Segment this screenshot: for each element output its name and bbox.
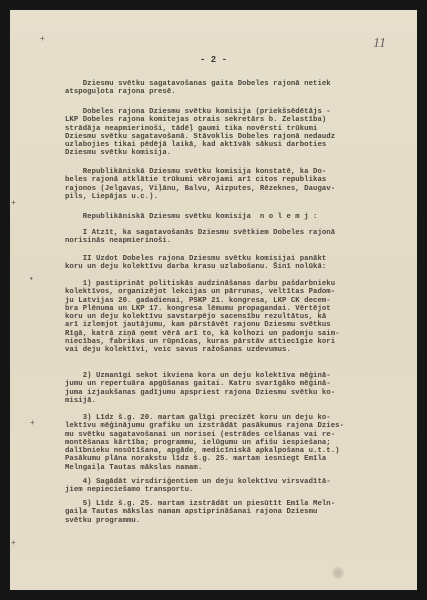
- text-line: niecības, fabrikas un rūpnīcas, kuras pā…: [65, 338, 385, 346]
- text-line: Dziesmu svētku sagatavošanā. Stāvoklis D…: [65, 133, 385, 141]
- text-line: vai deju kolektīvi, veic savus ražošanas…: [65, 346, 385, 354]
- text-line: norisinās neapmierinoši.: [65, 237, 385, 245]
- margin-punch-mark: +: [30, 418, 35, 427]
- text-line: koru un deju kolektīvu darba krasu uzlab…: [65, 263, 385, 271]
- text-line: I Atzīt, ka sagatavošanās Dziesmu svētki…: [65, 229, 385, 237]
- margin-punch-mark: +: [11, 198, 16, 207]
- text-line: lektīvu mēģinājumu grafiku un izstrādāt …: [65, 422, 385, 430]
- text-line: bra Plēnuma un LKP 17. kongresa lēmumu p…: [65, 305, 385, 313]
- page-number: - 2 -: [10, 55, 417, 65]
- paragraph-p9: 3) Līdz š.g. 20. martam galīgi precizēt …: [65, 414, 385, 472]
- paragraph-p7: 1) pastiprināt politiskās audzināšanas d…: [65, 280, 385, 355]
- text-line: 5) Līdz š.g. 25. martam izstrādāt un pie…: [65, 500, 385, 508]
- text-line: montēšanas kārtība; programmu, ielūgumu …: [65, 439, 385, 447]
- text-line: 4) Sagādāt virsdiriģentiem un deju kolek…: [65, 478, 385, 486]
- text-line: Rīgā, katrā ziņā ņemt vērā arī to, kā ko…: [65, 330, 385, 338]
- text-line: Republikāniskā Dziesmu svētku komisija k…: [65, 168, 385, 176]
- text-line: rajonos (Jelgavas, Viļānu, Balvu, Aizput…: [65, 185, 385, 193]
- margin-punch-mark: •: [30, 274, 33, 283]
- text-line: beles rajonā atklātie trūkumi vērojami a…: [65, 176, 385, 184]
- text-line: 1) pastiprināt politiskās audzināšanas d…: [65, 280, 385, 288]
- text-line: Pasākumu plāna norakstu līdz š.g. 25. ma…: [65, 455, 385, 463]
- paragraph-p6: II Uzdot Dobeles rajona Dziesmu svētku k…: [65, 255, 385, 272]
- text-line: Republikāniskā Dziesmu svētku komisija n…: [65, 213, 385, 221]
- paragraph-p3: Republikāniskā Dziesmu svētku komisija k…: [65, 168, 385, 201]
- text-line: arī izlemjot jautājumu, kam pārstāvēt ra…: [65, 321, 385, 329]
- paragraph-p8: 2) Uzmanīgi sekot ikviena kora un deju k…: [65, 372, 385, 405]
- text-line: ju Latvijas 20. gadadienai, PSKP 21. kon…: [65, 297, 385, 305]
- text-line: pils, Liepājas u.c.).: [65, 193, 385, 201]
- text-line: kolektīvos, organizējot lekcijas un pārr…: [65, 288, 385, 296]
- text-line: juma izjaukšanas gadījumu apspriest rajo…: [65, 389, 385, 397]
- text-line: mu svētku sagatavošanai un norisei (estr…: [65, 431, 385, 439]
- paragraph-p2: Dobeles rajona Dziesmu svētku komisija (…: [65, 108, 385, 158]
- paragraph-p1: Dziesmu svētku sagatavošanas gaita Dobel…: [65, 80, 385, 97]
- text-line: Dobeles rajona Dziesmu svētku komisija (…: [65, 108, 385, 116]
- text-line: uzlabojies tikai pēdējā laikā, kad aktīv…: [65, 141, 385, 149]
- paragraph-p4: Republikāniskā Dziesmu svētku komisija n…: [65, 213, 385, 221]
- text-line: Dziesmu svētku sagatavošanas gaita Dobel…: [65, 80, 385, 88]
- margin-punch-mark: +: [40, 34, 45, 43]
- text-line: Melngaiļa Tautas mākslas namam.: [65, 464, 385, 472]
- text-line: misijā.: [65, 397, 385, 405]
- text-line: LKP Dobeles rajona komitejas otrais sekr…: [65, 116, 385, 124]
- text-line: gaiļa Tautas mākslas namam apstiprināšan…: [65, 508, 385, 516]
- text-line: atspoguļota rajona presē.: [65, 88, 385, 96]
- paragraph-p11: 5) Līdz š.g. 25. martam izstrādāt un pie…: [65, 500, 385, 525]
- paper-stain: [332, 567, 344, 579]
- text-line: dalībnieku nosūtīšana, apgāde, medicīnis…: [65, 447, 385, 455]
- text-line: Dziesmu svētku komisija.: [65, 149, 385, 157]
- text-line: svētku programmu.: [65, 517, 385, 525]
- folio-number: 11: [373, 36, 386, 52]
- text-line: strādāja neapmierinoši, tādēļ gaumi tika…: [65, 125, 385, 133]
- margin-punch-mark: +: [11, 538, 16, 547]
- paragraph-p10: 4) Sagādāt virsdiriģentiem un deju kolek…: [65, 478, 385, 495]
- text-line: jumu un repertuāra apgūšanas gaitai. Kat…: [65, 380, 385, 388]
- document-page: + + • + + 11 - 2 - Dziesmu svētku sagata…: [10, 10, 417, 590]
- text-line: koru un deju kolektīvu savstarpējo sacen…: [65, 313, 385, 321]
- text-line: jiem nepieciešamo transportu.: [65, 486, 385, 494]
- paragraph-p5: I Atzīt, ka sagatavošanās Dziesmu svētki…: [65, 229, 385, 246]
